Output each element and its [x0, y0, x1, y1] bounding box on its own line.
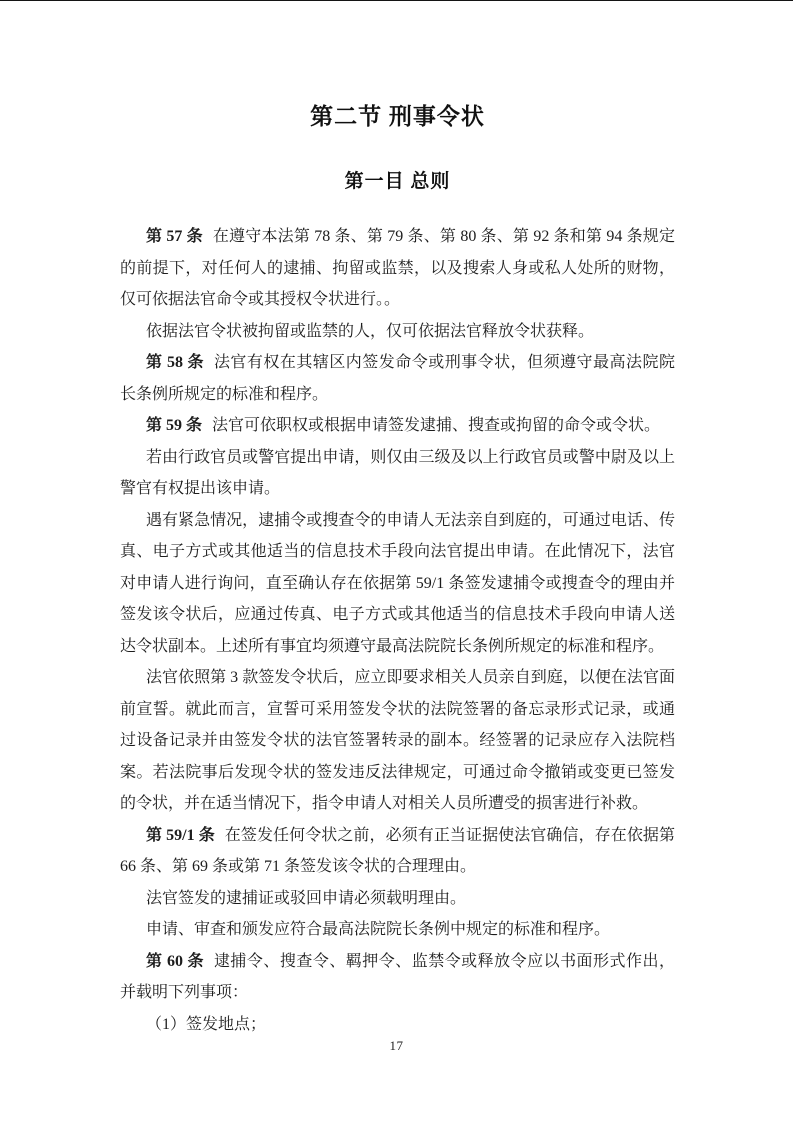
paragraph-text: 法官依照第 3 款签发令状后，应立即要求相关人员亲自到庭，以便在法官面前宣誓。就…: [120, 669, 675, 812]
paragraph-text: 申请、审查和颁发应符合最高法院院长条例中规定的标准和程序。: [146, 921, 610, 938]
article-text-block: 第 57 条在遵守本法第 78 条、第 79 条、第 80 条、第 92 条和第…: [120, 221, 675, 1040]
paragraph: 第 57 条在遵守本法第 78 条、第 79 条、第 80 条、第 92 条和第…: [120, 221, 675, 316]
paragraph-text: 法官可依职权或根据申请签发逮捕、搜查或拘留的命令或令状。: [212, 417, 660, 434]
paragraph-text: 若由行政官员或警官提出申请，则仅由三级及以上行政官员或警中尉及以上警官有权提出该…: [120, 449, 675, 498]
paragraph: 遇有紧急情况，逮捕令或搜查令的申请人无法亲自到庭的，可通过电话、传真、电子方式或…: [120, 505, 675, 663]
paragraph: 第 59/1 条在签发任何令状之前，必须有正当证据使法官确信，存在依据第 66 …: [120, 820, 675, 883]
paragraph: （1）签发地点；: [120, 1009, 675, 1041]
paragraph: 法官签发的逮捕证或驳回申请必须载明理由。: [120, 883, 675, 915]
article-number: 第 59 条: [146, 417, 202, 434]
paragraph: 若由行政官员或警官提出申请，则仅由三级及以上行政官员或警中尉及以上警官有权提出该…: [120, 442, 675, 505]
section-title: 第二节 刑事令状: [120, 102, 675, 132]
paragraph-text: （1）签发地点；: [146, 1016, 266, 1033]
article-number: 第 57 条: [146, 228, 203, 245]
document-page: 第二节 刑事令状 第一目 总则 第 57 条在遵守本法第 78 条、第 79 条…: [0, 0, 793, 1122]
paragraph: 法官依照第 3 款签发令状后，应立即要求相关人员亲自到庭，以便在法官面前宣誓。就…: [120, 662, 675, 820]
paragraph-text: 法官签发的逮捕证或驳回申请必须载明理由。: [146, 890, 466, 907]
subsection-title: 第一目 总则: [120, 169, 675, 194]
article-number: 第 60 条: [146, 953, 204, 970]
paragraph-text: 依据法官令状被拘留或监禁的人，仅可依据法官释放令状获释。: [146, 323, 594, 340]
page-number: 17: [0, 1038, 793, 1054]
paragraph-text: 在遵守本法第 78 条、第 79 条、第 80 条、第 92 条和第 94 条规…: [120, 228, 675, 308]
paragraph: 依据法官令状被拘留或监禁的人，仅可依据法官释放令状获释。: [120, 316, 675, 348]
paragraph: 第 59 条法官可依职权或根据申请签发逮捕、搜查或拘留的命令或令状。: [120, 410, 675, 442]
paragraph: 第 60 条逮捕令、搜查令、羁押令、监禁令或释放令应以书面形式作出，并载明下列事…: [120, 946, 675, 1009]
article-number: 第 58 条: [146, 354, 204, 371]
paragraph-text: 遇有紧急情况，逮捕令或搜查令的申请人无法亲自到庭的，可通过电话、传真、电子方式或…: [120, 512, 675, 655]
paragraph: 第 58 条法官有权在其辖区内签发命令或刑事令状，但须遵守最高法院院长条例所规定…: [120, 347, 675, 410]
article-number: 第 59/1 条: [146, 827, 215, 844]
paragraph: 申请、审查和颁发应符合最高法院院长条例中规定的标准和程序。: [120, 914, 675, 946]
